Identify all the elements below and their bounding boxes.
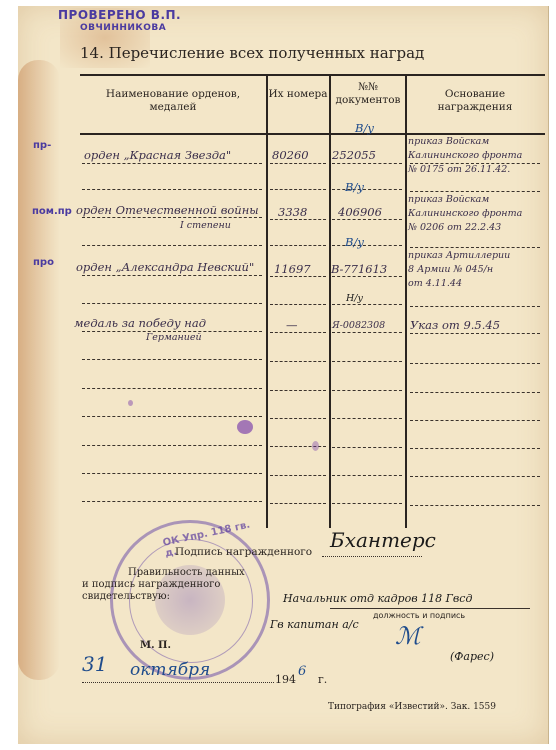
ink-blot (312, 441, 319, 451)
row-line (332, 304, 402, 305)
row-line (410, 247, 540, 248)
margin-mark: пом.пр (32, 206, 72, 217)
row-line (270, 163, 326, 164)
award-number: — (286, 318, 298, 332)
award-name: орден „Красная Звезда" (84, 148, 231, 162)
row-line (332, 418, 402, 419)
document-number: 252055 (332, 148, 376, 162)
stamp-line-1: ПРОВЕРЕНО В.П. (58, 9, 181, 22)
row-line (82, 275, 262, 276)
row-line (82, 359, 262, 360)
row-line (332, 332, 402, 333)
row-line (332, 390, 402, 391)
row-line (82, 473, 262, 474)
official-rank: Гв капитан а/с (270, 618, 359, 631)
row-line (270, 189, 326, 190)
official-position: Начальник отд кадров 118 Гвсд (283, 592, 472, 605)
margin-mark: пр- (33, 140, 51, 151)
award-number: 3338 (278, 205, 307, 219)
row-line (410, 448, 540, 449)
row-line (82, 445, 262, 446)
document-number: Я-0082308 (332, 320, 385, 331)
date-year-suffix: 6 (298, 664, 306, 679)
document-number: 406906 (338, 205, 382, 219)
official-signature: ℳ (395, 622, 421, 650)
basis-line: № 0175 от 26.11.42. (408, 164, 510, 175)
column-divider (405, 76, 407, 528)
row-line (332, 219, 402, 220)
date-year-prefix: 194 (275, 674, 296, 686)
row-line (270, 219, 326, 220)
basis-line: № 0206 от 22.2.43 (408, 222, 501, 233)
header-basis: Основание награждения (410, 88, 540, 114)
awardee-signature: Бхантерс (330, 528, 436, 552)
basis-line: приказ Войскам (408, 136, 489, 147)
row-line (410, 163, 540, 164)
basis-line: приказ Войскам (408, 194, 489, 205)
basis-line: от 4.11.44 (408, 278, 462, 289)
verification-stamp: ПРОВЕРЕНО В.П. ОВЧИННИКОВА (58, 9, 181, 35)
doc-prefix: Н/у (346, 293, 363, 304)
row-line (332, 447, 402, 448)
date-line (82, 682, 274, 683)
row-line (270, 245, 326, 246)
paper-stain (18, 60, 60, 680)
header-award-name: Наименование орденов, медалей (88, 88, 258, 114)
row-line (332, 189, 402, 190)
date-day: 31 (82, 652, 107, 676)
doc-prefix: В/у (345, 235, 364, 249)
row-line (410, 191, 540, 192)
certify-label-3: свидетельствую: (82, 591, 170, 603)
printer-line: Типография «Известий». Зак. 1559 (328, 701, 496, 713)
row-line (332, 163, 402, 164)
row-line (270, 390, 326, 391)
ink-blot (128, 400, 133, 406)
row-line (410, 392, 540, 393)
basis-line: Указ от 9.5.45 (410, 318, 500, 332)
row-line (270, 276, 326, 277)
award-name: орден Отечественной войны (76, 203, 259, 217)
row-line (332, 475, 402, 476)
award-name-line2: Германией (146, 332, 202, 343)
signature-line (322, 556, 422, 557)
position-line (330, 608, 530, 609)
row-line (82, 245, 262, 246)
award-name: орден „Александра Невский" (76, 260, 254, 274)
basis-line: 8 Армии № 045/н (408, 264, 493, 275)
row-line (82, 416, 262, 417)
row-line (332, 361, 402, 362)
row-line (410, 420, 540, 421)
row-line (82, 189, 262, 190)
document-number: В-771613 (331, 262, 387, 276)
row-line (82, 217, 262, 218)
doc-prefix: В/у (355, 121, 374, 135)
section-title: 14. Перечисление всех полученных наград (80, 44, 424, 62)
table-header-rule (80, 133, 545, 135)
row-line (270, 503, 326, 504)
row-line (82, 501, 262, 502)
award-number: 11697 (274, 262, 311, 276)
header-documents: №№ документов (332, 81, 404, 107)
table-top-rule (80, 74, 545, 76)
row-line (270, 361, 326, 362)
mp-label: М. П. (140, 640, 171, 652)
award-name-line2: I степени (180, 220, 231, 231)
signature-label: Подпись награжденного (175, 546, 312, 558)
row-line (270, 304, 326, 305)
certify-label-2: и подпись награжденного (82, 579, 220, 591)
row-line (270, 332, 326, 333)
position-caption: должность и подпись (373, 610, 465, 622)
row-line (270, 418, 326, 419)
row-line (270, 475, 326, 476)
row-line (82, 388, 262, 389)
row-line (82, 331, 262, 332)
stamp-line-2: ОВЧИННИКОВА (80, 22, 181, 35)
margin-mark: про (33, 257, 54, 268)
row-line (82, 163, 262, 164)
row-line (332, 276, 402, 277)
basis-line: Калининского фронта (408, 150, 522, 161)
award-name: медаль за победу над (74, 316, 206, 330)
row-line (410, 306, 540, 307)
document-page (18, 6, 549, 744)
ink-blot (237, 420, 253, 434)
row-line (332, 503, 402, 504)
row-line (82, 303, 262, 304)
column-divider (266, 76, 268, 528)
date-year-g: г. (318, 674, 327, 686)
official-name: (Фарес) (450, 650, 494, 663)
row-line (410, 476, 540, 477)
doc-prefix: В/у (345, 180, 364, 194)
row-line (410, 333, 540, 334)
certify-label-1: Правильность данных (108, 567, 245, 579)
row-line (410, 363, 540, 364)
column-divider (329, 76, 331, 528)
row-line (410, 505, 540, 506)
date-month: октября (130, 660, 210, 680)
header-numbers: Их номера (268, 88, 328, 101)
basis-line: Калининского фронта (408, 208, 522, 219)
row-line (332, 245, 402, 246)
award-number: 80260 (272, 148, 309, 162)
basis-line: приказ Артиллерии (408, 250, 510, 261)
